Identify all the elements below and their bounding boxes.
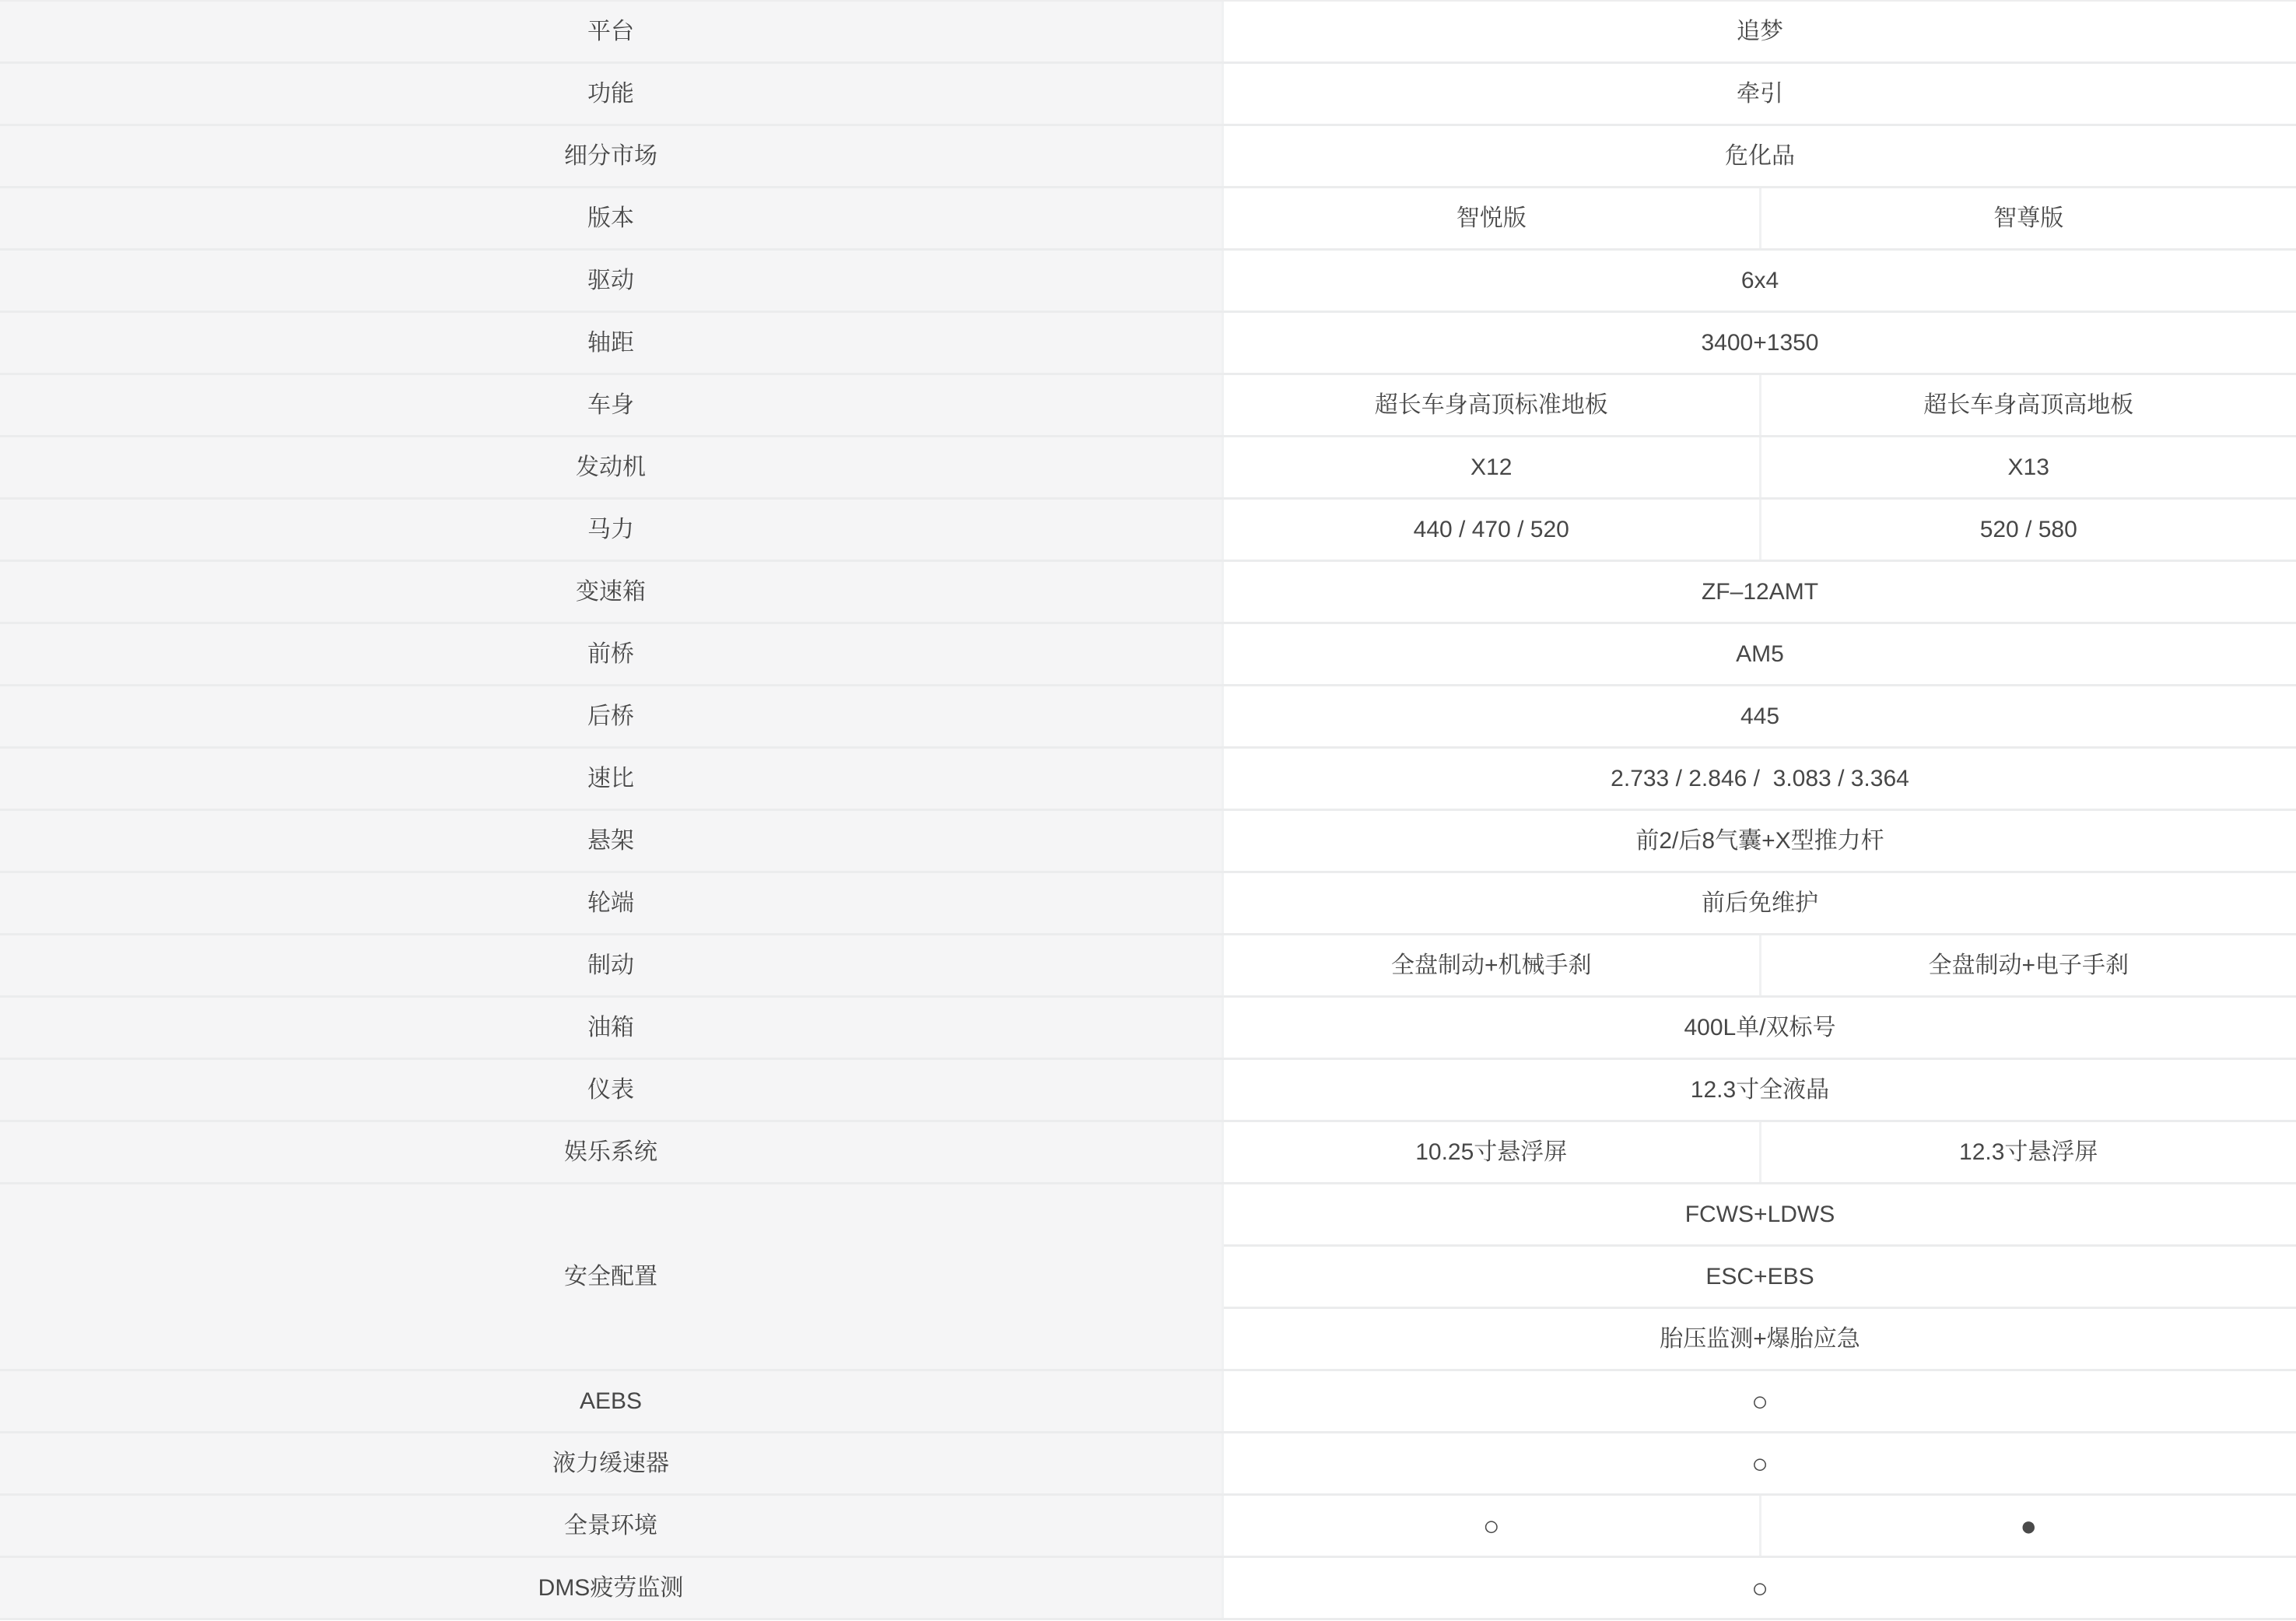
row-label: 前桥 <box>0 624 1224 684</box>
row-value: 超长车身高顶高地板 <box>1759 375 2296 435</box>
row-value-area: 3400+1350 <box>1224 313 2296 373</box>
row-value: 400L单/双标号 <box>1224 998 2296 1058</box>
option-circle-empty-icon: ○ <box>1224 1558 2296 1618</box>
table-row: 版本智悦版智尊版 <box>0 188 2296 251</box>
row-label: 驱动 <box>0 251 1224 311</box>
row-value: X12 <box>1224 437 1759 497</box>
row-value: 全盘制动+机械手刹 <box>1224 935 1759 995</box>
row-value-area: 危化品 <box>1224 126 2296 186</box>
row-value: 智尊版 <box>1759 188 2296 248</box>
row-value-area: ○ <box>1224 1558 2296 1618</box>
row-value: 6x4 <box>1224 251 2296 311</box>
option-circle-empty-icon: ○ <box>1224 1496 1759 1556</box>
table-row: 平台追梦 <box>0 2 2296 64</box>
row-value: 智悦版 <box>1224 188 1759 248</box>
row-value: 12.3寸全液晶 <box>1224 1060 2296 1120</box>
row-label: 马力 <box>0 500 1224 560</box>
row-label: 安全配置 <box>0 1184 1224 1369</box>
row-label: 轴距 <box>0 313 1224 373</box>
row-value-area: 12.3寸全液晶 <box>1224 1060 2296 1120</box>
row-value: 10.25寸悬浮屏 <box>1224 1122 1759 1182</box>
row-value: X13 <box>1759 437 2296 497</box>
row-label: 悬架 <box>0 811 1224 871</box>
table-row: 车身超长车身高顶标准地板超长车身高顶高地板 <box>0 375 2296 437</box>
table-row: 安全配置FCWS+LDWSESC+EBS胎压监测+爆胎应急 <box>0 1184 2296 1371</box>
row-label: 油箱 <box>0 998 1224 1058</box>
row-value: FCWS+LDWS <box>1224 1184 2296 1247</box>
option-circle-filled-icon: ● <box>1759 1496 2296 1556</box>
row-value-area: 2.733 / 2.846 / 3.083 / 3.364 <box>1224 749 2296 809</box>
row-value-area: FCWS+LDWSESC+EBS胎压监测+爆胎应急 <box>1224 1184 2296 1369</box>
table-row: 变速箱ZF–12AMT <box>0 562 2296 624</box>
table-row: 仪表12.3寸全液晶 <box>0 1060 2296 1122</box>
table-row: 马力440 / 470 / 520520 / 580 <box>0 500 2296 562</box>
row-value-area: 400L单/双标号 <box>1224 998 2296 1058</box>
row-value: 3400+1350 <box>1224 313 2296 373</box>
table-row: 发动机X12X13 <box>0 437 2296 500</box>
row-value-area: 10.25寸悬浮屏12.3寸悬浮屏 <box>1224 1122 2296 1182</box>
row-value-area: 前后免维护 <box>1224 873 2296 933</box>
row-value: 牵引 <box>1224 64 2296 124</box>
row-value-area: ZF–12AMT <box>1224 562 2296 622</box>
row-value: 445 <box>1224 686 2296 746</box>
row-value: ESC+EBS <box>1224 1247 2296 1309</box>
row-value: 440 / 470 / 520 <box>1224 500 1759 560</box>
table-row: 轴距3400+1350 <box>0 313 2296 375</box>
table-row: 后桥445 <box>0 686 2296 749</box>
option-circle-empty-icon: ○ <box>1224 1433 2296 1493</box>
row-label: 后桥 <box>0 686 1224 746</box>
row-label: 制动 <box>0 935 1224 995</box>
row-value-area: AM5 <box>1224 624 2296 684</box>
table-row: AEBS○ <box>0 1371 2296 1433</box>
row-value-area: ○● <box>1224 1496 2296 1556</box>
table-row: 速比2.733 / 2.846 / 3.083 / 3.364 <box>0 749 2296 811</box>
table-row: 娱乐系统10.25寸悬浮屏12.3寸悬浮屏 <box>0 1122 2296 1184</box>
option-circle-empty-icon: ○ <box>1224 1371 2296 1431</box>
row-value-area: 445 <box>1224 686 2296 746</box>
row-value-area: 全盘制动+机械手刹全盘制动+电子手刹 <box>1224 935 2296 995</box>
row-value: 全盘制动+电子手刹 <box>1759 935 2296 995</box>
row-value: ZF–12AMT <box>1224 562 2296 622</box>
row-label: 车身 <box>0 375 1224 435</box>
row-label: 轮端 <box>0 873 1224 933</box>
table-row: 液力缓速器○ <box>0 1433 2296 1496</box>
row-label: 速比 <box>0 749 1224 809</box>
row-label: 发动机 <box>0 437 1224 497</box>
row-value: 危化品 <box>1224 126 2296 186</box>
row-label: 版本 <box>0 188 1224 248</box>
row-label: 细分市场 <box>0 126 1224 186</box>
row-value: 追梦 <box>1224 2 2296 61</box>
table-row: 细分市场危化品 <box>0 126 2296 188</box>
row-value-area: ○ <box>1224 1371 2296 1431</box>
row-value: 前2/后8气囊+X型推力杆 <box>1224 811 2296 871</box>
row-value-area: 超长车身高顶标准地板超长车身高顶高地板 <box>1224 375 2296 435</box>
table-row: DMS疲劳监测○ <box>0 1558 2296 1620</box>
row-value-area: 追梦 <box>1224 2 2296 61</box>
row-label: 娱乐系统 <box>0 1122 1224 1182</box>
row-value: 2.733 / 2.846 / 3.083 / 3.364 <box>1224 749 2296 809</box>
row-label: 仪表 <box>0 1060 1224 1120</box>
table-row: 制动全盘制动+机械手刹全盘制动+电子手刹 <box>0 935 2296 998</box>
row-value: 520 / 580 <box>1759 500 2296 560</box>
row-value-area: 前2/后8气囊+X型推力杆 <box>1224 811 2296 871</box>
row-label: 液力缓速器 <box>0 1433 1224 1493</box>
row-value: 前后免维护 <box>1224 873 2296 933</box>
row-value-area: 6x4 <box>1224 251 2296 311</box>
table-row: 驱动6x4 <box>0 251 2296 313</box>
table-row: 油箱400L单/双标号 <box>0 998 2296 1060</box>
row-label: 功能 <box>0 64 1224 124</box>
row-value-area: 440 / 470 / 520520 / 580 <box>1224 500 2296 560</box>
row-value-area: 牵引 <box>1224 64 2296 124</box>
row-label: 全景环境 <box>0 1496 1224 1556</box>
row-label: DMS疲劳监测 <box>0 1558 1224 1618</box>
row-label: 变速箱 <box>0 562 1224 622</box>
table-row: 前桥AM5 <box>0 624 2296 686</box>
table-row: 功能牵引 <box>0 64 2296 126</box>
row-value: 超长车身高顶标准地板 <box>1224 375 1759 435</box>
row-value-area: ○ <box>1224 1433 2296 1493</box>
row-value: AM5 <box>1224 624 2296 684</box>
spec-comparison-table: 平台追梦功能牵引细分市场危化品版本智悦版智尊版驱动6x4轴距3400+1350车… <box>0 0 2296 1620</box>
row-value-area: 智悦版智尊版 <box>1224 188 2296 248</box>
row-value: 胎压监测+爆胎应急 <box>1224 1309 2296 1369</box>
table-row: 全景环境○● <box>0 1496 2296 1558</box>
row-label: 平台 <box>0 2 1224 61</box>
table-row: 轮端前后免维护 <box>0 873 2296 935</box>
row-value: 12.3寸悬浮屏 <box>1759 1122 2296 1182</box>
table-row: 悬架前2/后8气囊+X型推力杆 <box>0 811 2296 873</box>
row-label: AEBS <box>0 1371 1224 1431</box>
row-value-area: X12X13 <box>1224 437 2296 497</box>
